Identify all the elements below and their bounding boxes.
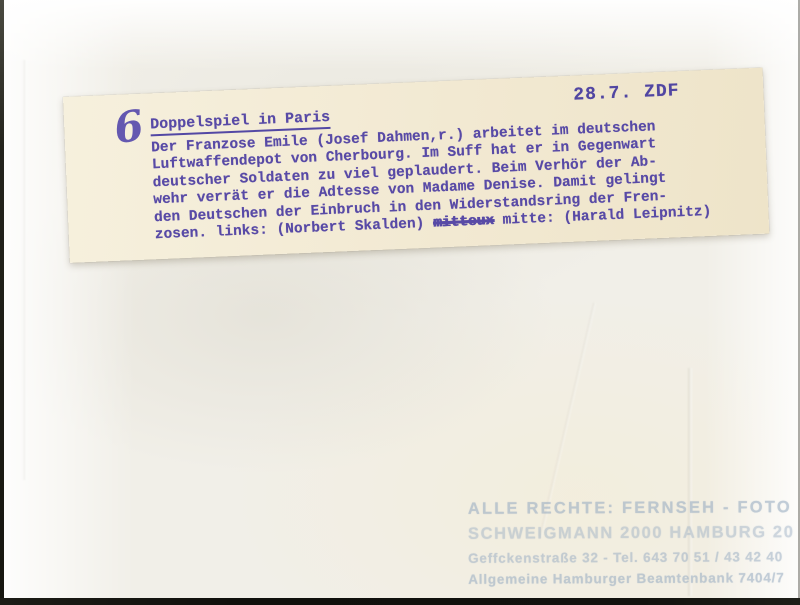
stamp-bank-line: Allgemeine Hamburger Beamtenbank 7404/7 [468,570,795,587]
photo-edge-bottom [0,598,800,605]
agency-rubber-stamp: ALLE RECHTE: FERNSEH - FOTO SCHWEIGMANN … [468,498,795,587]
handwritten-index-number: 6 [111,104,147,150]
paper-crease [22,60,25,480]
caption-strikethrough-word: mitteux [433,213,495,232]
caption-body: Der Franzose Emile (Josef Dahmen,r.) arb… [151,117,712,245]
stamp-agency-line: SCHWEIGMANN 2000 HAMBURG 20 [468,523,795,544]
stamp-address-line: Geffckenstraße 32 - Tel. 643 70 51 / 43 … [468,549,795,566]
stamp-rights-line: ALLE RECHTE: FERNSEH - FOTO [468,498,795,519]
caption-label: 28.7. ZDF 6 Doppelspiel in Paris Der Fra… [63,68,769,263]
photo-back-scan: 28.7. ZDF 6 Doppelspiel in Paris Der Fra… [0,0,800,605]
caption-title: Doppelspiel in Paris [150,109,331,137]
date-stamp: 28.7. ZDF [573,81,680,105]
photo-edge-left [0,0,4,605]
